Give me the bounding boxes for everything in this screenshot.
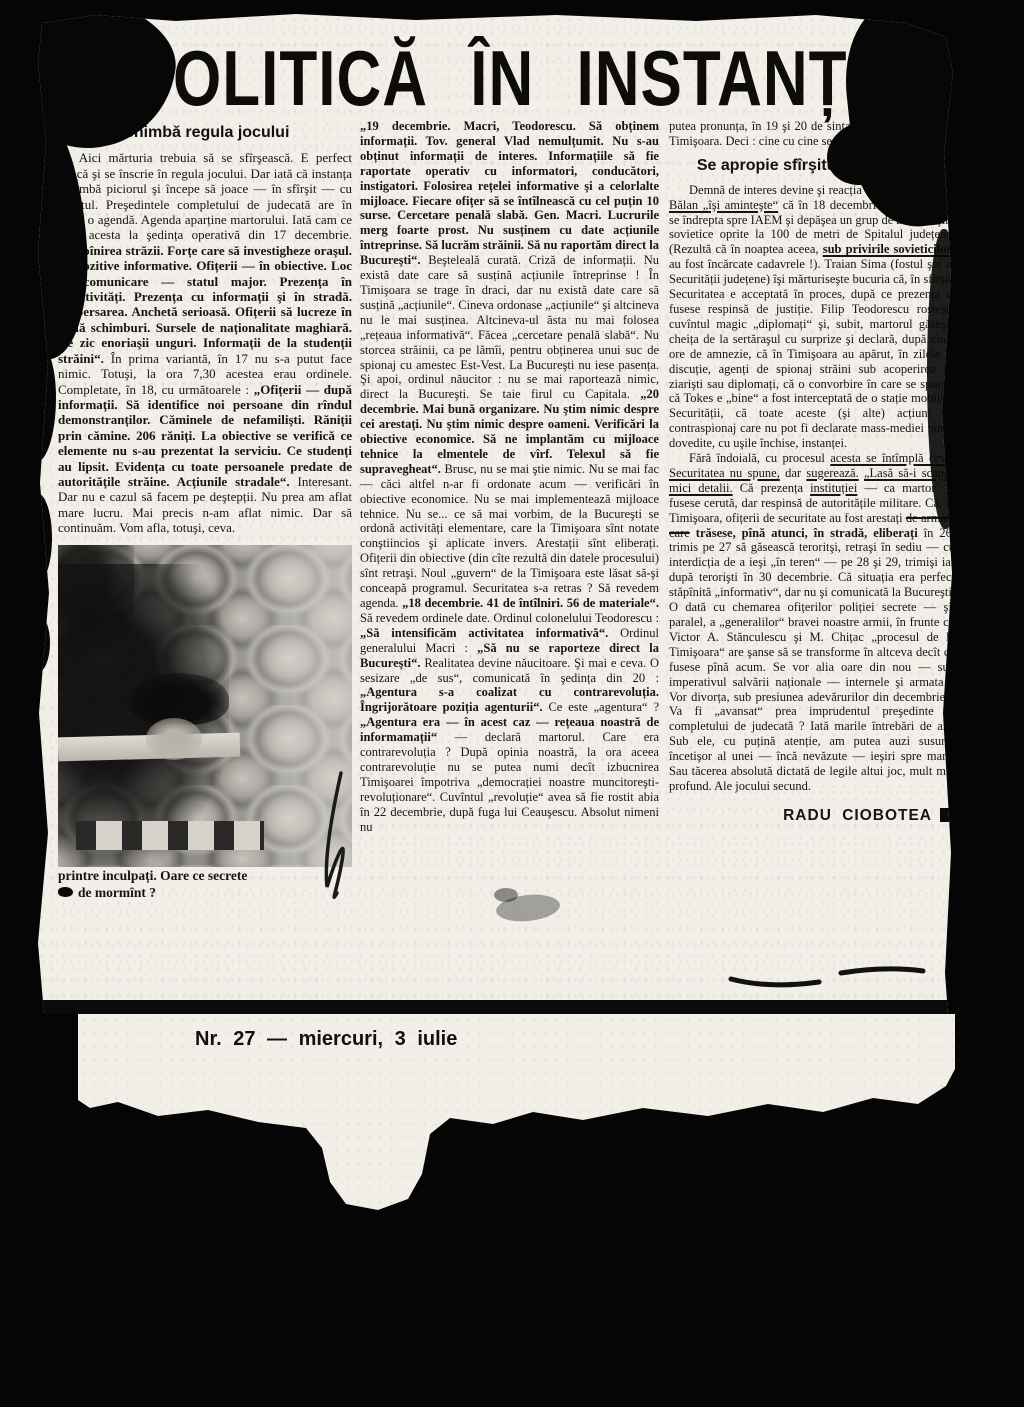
issue-footer: Nr. 27 — miercuri, 3 iulie bbox=[78, 1014, 955, 1219]
newspaper-clipping: POLITICĂ ÎN INSTANȚĂ Se schimbă regula j… bbox=[36, 13, 953, 1014]
divider-rule bbox=[36, 1000, 953, 1014]
photo-caption-line1: printre inculpați. Oare ce secrete bbox=[58, 868, 247, 883]
author-byline-text: RADU CIOBOTEA bbox=[783, 807, 932, 824]
photo-highlight bbox=[220, 545, 352, 867]
column-3-paragraph-2: Fără îndoială, cu procesul acesta se înt… bbox=[669, 451, 955, 794]
ink-blob-right-edge bbox=[927, 229, 961, 529]
courtroom-photo bbox=[58, 545, 352, 867]
ink-blob-left-edge-2 bbox=[18, 343, 56, 463]
photo-bench bbox=[76, 821, 264, 850]
column-3: putea pronunța, în 19 şi 20 de sintagma … bbox=[669, 119, 955, 1000]
column-1-paragraph: Aici mărturia trebuia să se sfîrşească. … bbox=[58, 150, 352, 535]
ink-blob-left-edge-4 bbox=[24, 613, 50, 673]
ink-blob-left-edge-3 bbox=[22, 493, 52, 583]
byline-end-square bbox=[940, 808, 955, 822]
photo-caption-line2: de mormînt ? bbox=[78, 885, 156, 900]
author-byline: RADU CIOBOTEA bbox=[669, 808, 955, 824]
photo-officer-cap bbox=[129, 673, 229, 725]
photo-caption: printre inculpați. Oare ce secrete de mo… bbox=[58, 867, 352, 901]
column-1: Se schimbă regula jocului Aici mărturia … bbox=[58, 125, 352, 1013]
issue-line: Nr. 27 — miercuri, 3 iulie bbox=[195, 1028, 457, 1051]
ink-blob-caption bbox=[58, 887, 73, 897]
page-root: { "masthead": { "title": "POLITICĂ ÎN IN… bbox=[0, 0, 1024, 1407]
column-2: „19 decembrie. Macri, Teodorescu. Să obț… bbox=[360, 119, 659, 1000]
column-2-paragraph: „19 decembrie. Macri, Teodorescu. Să obț… bbox=[360, 119, 659, 835]
